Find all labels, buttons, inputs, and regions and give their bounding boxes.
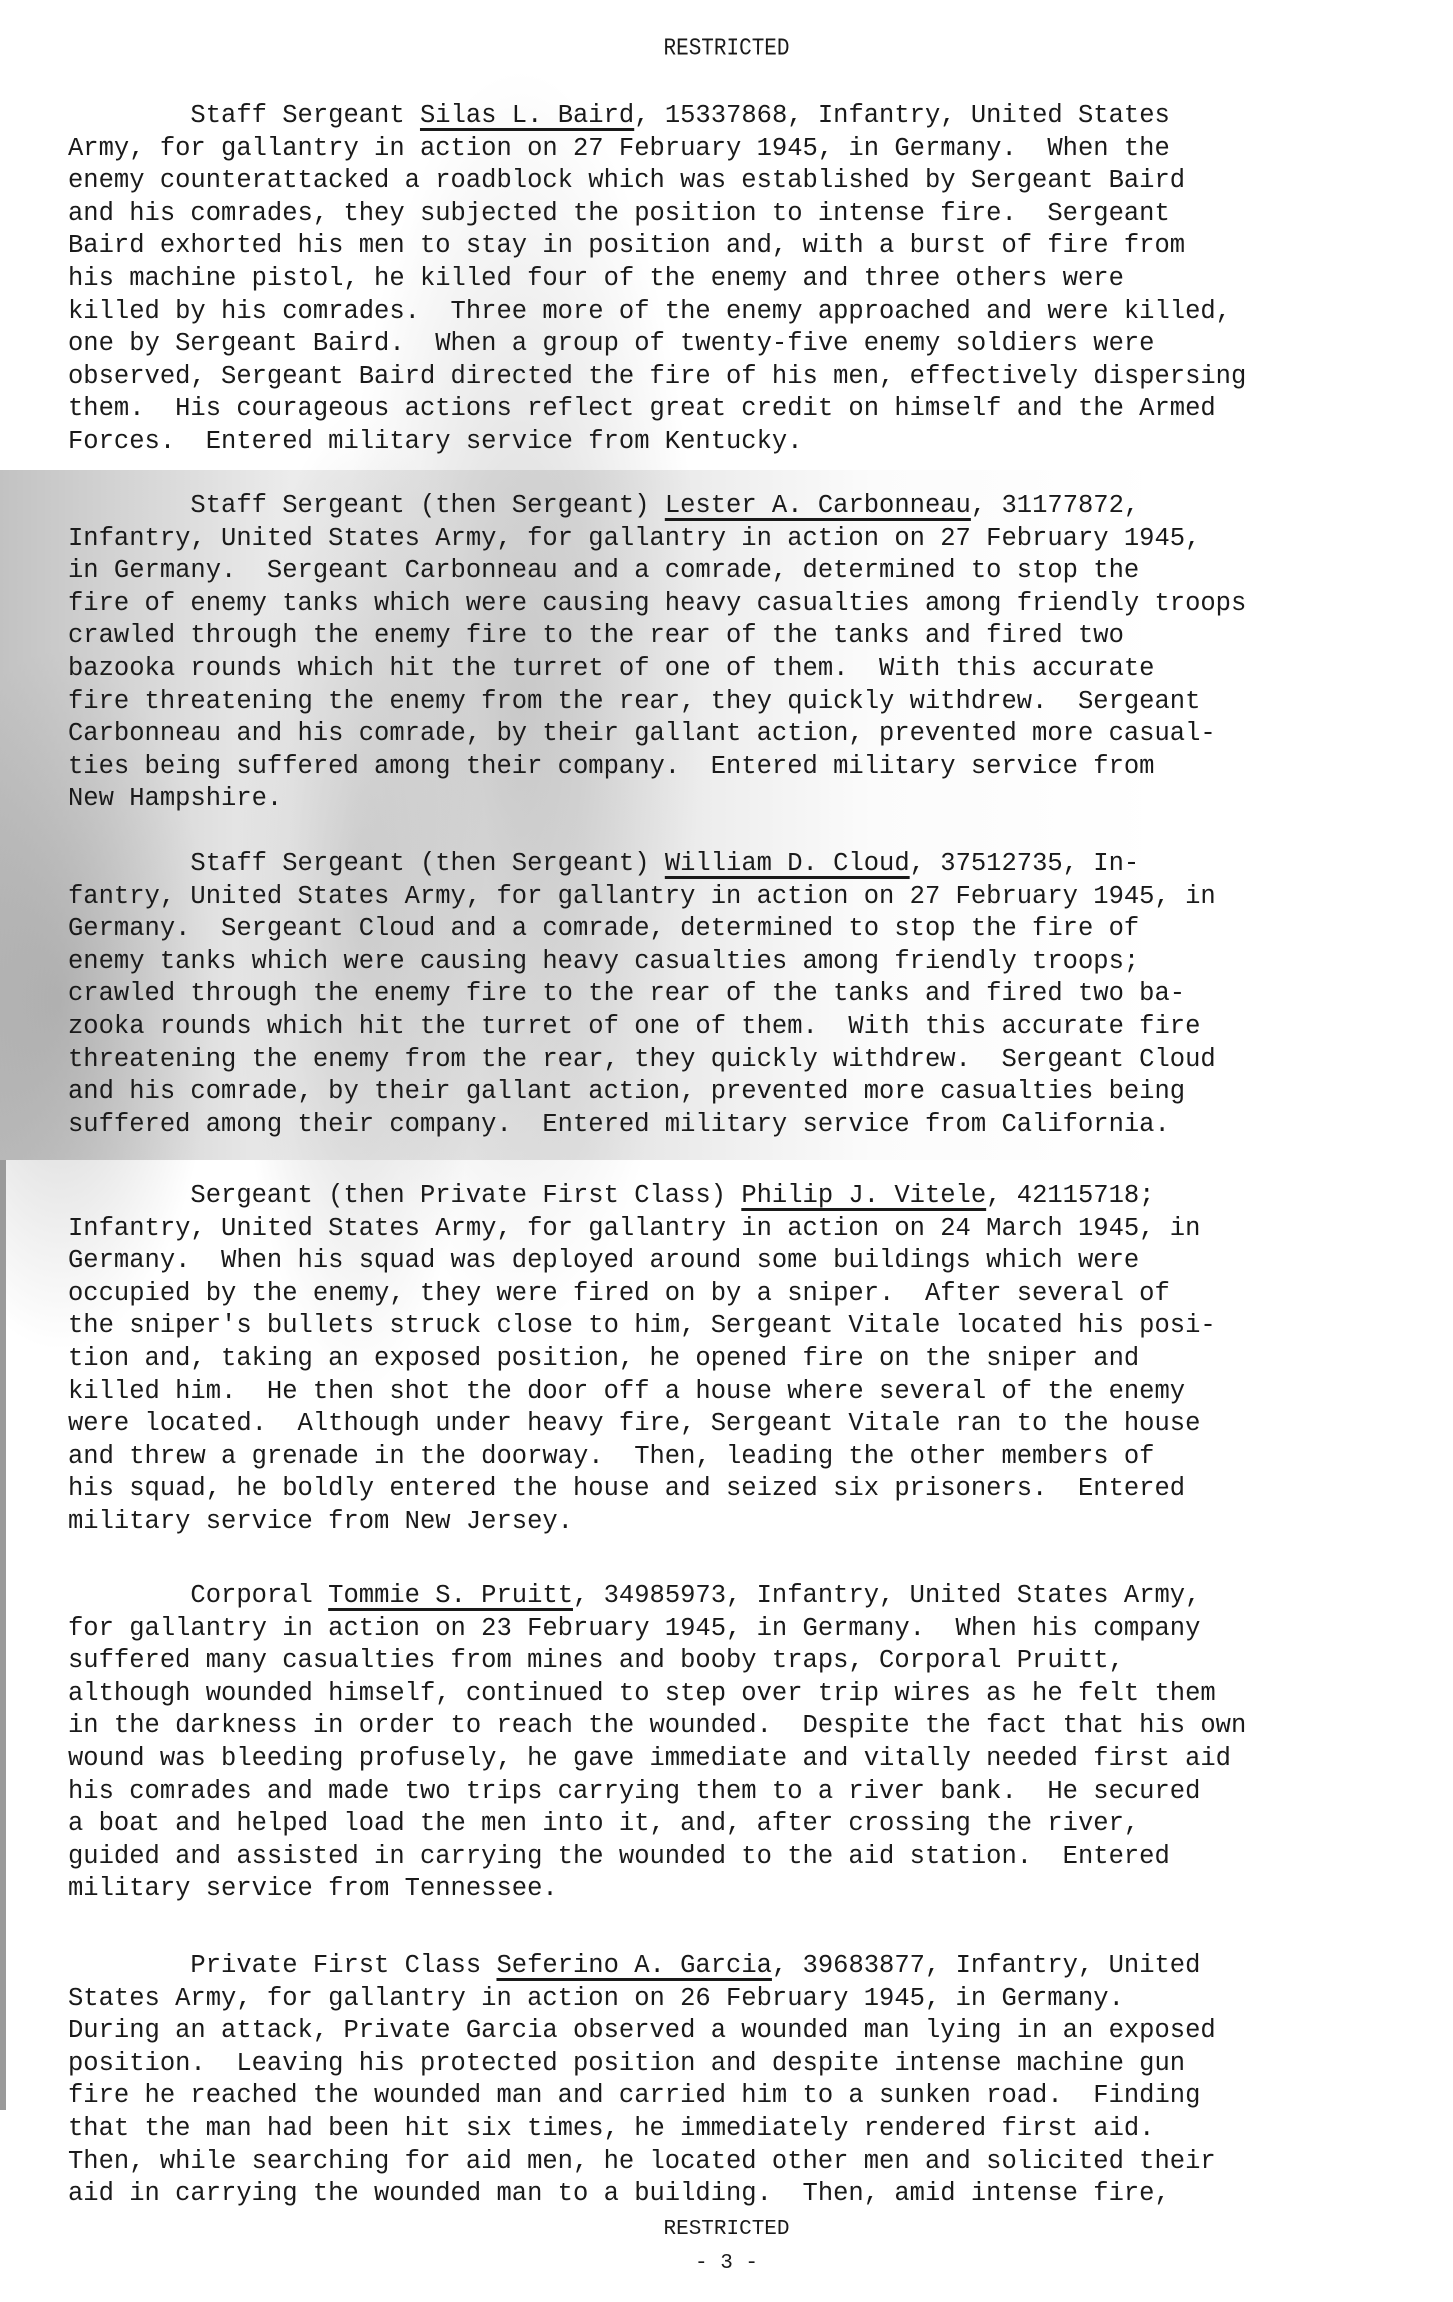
citation-line: that the man had been hit six times, he … [68, 2113, 1368, 2146]
citation-line: During an attack, Private Garcia observe… [68, 2015, 1368, 2048]
citation-line: enemy tanks which were causing heavy cas… [68, 946, 1368, 979]
classification-footer: RESTRICTED [0, 2218, 1453, 2241]
classification-header: RESTRICTED [0, 36, 1453, 62]
citation-line: Infantry, United States Army, for gallan… [68, 1213, 1368, 1246]
scan-edge [0, 1160, 6, 2110]
citation-line: zooka rounds which hit the turret of one… [68, 1011, 1368, 1044]
citation-line: Corporal Tommie S. Pruitt, 34985973, Inf… [68, 1580, 1368, 1613]
honoree-name: William D. Cloud [665, 849, 910, 878]
citation-line: fantry, United States Army, for gallantr… [68, 881, 1368, 914]
citation-line: suffered many casualties from mines and … [68, 1645, 1368, 1678]
citation-line: one by Sergeant Baird. When a group of t… [68, 328, 1368, 361]
citation-pruitt: Corporal Tommie S. Pruitt, 34985973, Inf… [68, 1580, 1368, 1906]
citation-vitale: Sergeant (then Private First Class) Phil… [68, 1180, 1368, 1539]
citation-line: bazooka rounds which hit the turret of o… [68, 653, 1368, 686]
honoree-name: Seferino A. Garcia [496, 1951, 771, 1980]
citation-line: crawled through the enemy fire to the re… [68, 620, 1368, 653]
page-number: - 3 - [0, 2252, 1453, 2275]
citation-line: position. Leaving his protected position… [68, 2048, 1368, 2081]
citation-baird: Staff Sergeant Silas L. Baird, 15337868,… [68, 100, 1368, 459]
citation-line: aid in carrying the wounded man to a bui… [68, 2178, 1368, 2211]
citation-line: tion and, taking an exposed position, he… [68, 1343, 1368, 1376]
citation-line: Germany. When his squad was deployed aro… [68, 1245, 1368, 1278]
citation-line: States Army, for gallantry in action on … [68, 1983, 1368, 2016]
citation-line: Staff Sergeant (then Sergeant) Lester A.… [68, 490, 1368, 523]
honoree-name: Silas L. Baird [420, 101, 634, 130]
citation-line: Staff Sergeant (then Sergeant) William D… [68, 848, 1368, 881]
citation-garcia: Private First Class Seferino A. Garcia, … [68, 1950, 1368, 2211]
citation-line: guided and assisted in carrying the woun… [68, 1841, 1368, 1874]
citation-line: Baird exhorted his men to stay in positi… [68, 230, 1368, 263]
citation-line: New Hampshire. [68, 783, 1368, 816]
citation-cloud: Staff Sergeant (then Sergeant) William D… [68, 848, 1368, 1141]
citation-line: Sergeant (then Private First Class) Phil… [68, 1180, 1368, 1213]
citation-line: in the darkness in order to reach the wo… [68, 1710, 1368, 1743]
citation-line: Infantry, United States Army, for gallan… [68, 523, 1368, 556]
citation-line: fire of enemy tanks which were causing h… [68, 588, 1368, 621]
citation-line: a boat and helped load the men into it, … [68, 1808, 1368, 1841]
citation-line: and his comrade, by their gallant action… [68, 1076, 1368, 1109]
citation-carbonneau: Staff Sergeant (then Sergeant) Lester A.… [68, 490, 1368, 816]
citation-line: Army, for gallantry in action on 27 Febr… [68, 133, 1368, 166]
citation-line: his comrades and made two trips carrying… [68, 1776, 1368, 1809]
citation-line: Germany. Sergeant Cloud and a comrade, d… [68, 913, 1368, 946]
citation-line: and threw a grenade in the doorway. Then… [68, 1441, 1368, 1474]
citation-line: killed by his comrades. Three more of th… [68, 296, 1368, 329]
citation-line: fire he reached the wounded man and carr… [68, 2080, 1368, 2113]
citation-line: suffered among their company. Entered mi… [68, 1109, 1368, 1142]
honoree-name: Tommie S. Pruitt [328, 1581, 573, 1610]
citation-line: enemy counterattacked a roadblock which … [68, 165, 1368, 198]
citation-line: observed, Sergeant Baird directed the fi… [68, 361, 1368, 394]
citation-line: were located. Although under heavy fire,… [68, 1408, 1368, 1441]
citation-line: killed him. He then shot the door off a … [68, 1376, 1368, 1409]
citation-line: Forces. Entered military service from Ke… [68, 426, 1368, 459]
citation-line: and his comrades, they subjected the pos… [68, 198, 1368, 231]
citation-line: although wounded himself, continued to s… [68, 1678, 1368, 1711]
citation-line: Private First Class Seferino A. Garcia, … [68, 1950, 1368, 1983]
honoree-name: Philip J. Vitele [741, 1181, 986, 1210]
citation-line: Staff Sergeant Silas L. Baird, 15337868,… [68, 100, 1368, 133]
citation-line: crawled through the enemy fire to the re… [68, 978, 1368, 1011]
citation-line: them. His courageous actions reflect gre… [68, 393, 1368, 426]
citation-line: his squad, he boldly entered the house a… [68, 1473, 1368, 1506]
citation-line: military service from Tennessee. [68, 1873, 1368, 1906]
honoree-name: Lester A. Carbonneau [665, 491, 971, 520]
citation-line: wound was bleeding profusely, he gave im… [68, 1743, 1368, 1776]
citation-line: for gallantry in action on 23 February 1… [68, 1613, 1368, 1646]
citation-line: in Germany. Sergeant Carbonneau and a co… [68, 555, 1368, 588]
citation-line: military service from New Jersey. [68, 1506, 1368, 1539]
citation-line: Carbonneau and his comrade, by their gal… [68, 718, 1368, 751]
citation-line: his machine pistol, he killed four of th… [68, 263, 1368, 296]
citation-line: the sniper's bullets struck close to him… [68, 1310, 1368, 1343]
citation-line: Then, while searching for aid men, he lo… [68, 2146, 1368, 2179]
citation-line: fire threatening the enemy from the rear… [68, 686, 1368, 719]
citation-line: ties being suffered among their company.… [68, 751, 1368, 784]
citation-line: occupied by the enemy, they were fired o… [68, 1278, 1368, 1311]
citation-line: threatening the enemy from the rear, the… [68, 1044, 1368, 1077]
